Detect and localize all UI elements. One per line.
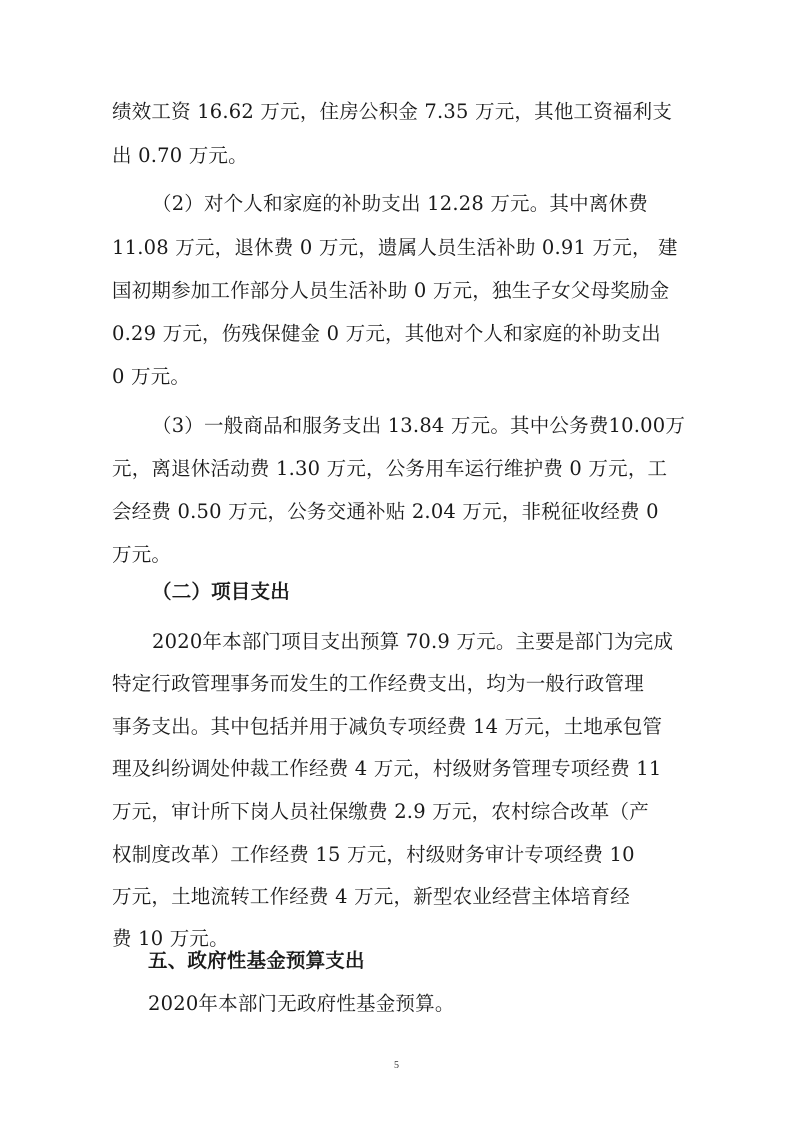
paragraph-line: 事务支出。其中包括并用于减负专项经费 14 万元，土地承包管 xyxy=(112,714,662,740)
paragraph-line: （2）对个人和家庭的补助支出 12.28 万元。其中离休费 xyxy=(152,191,648,217)
paragraph-line: 元，离退休活动费 1.30 万元，公务用车运行维护费 0 万元，工 xyxy=(112,456,667,482)
paragraph-line: 11.08 万元，退休费 0 万元，遗属人员生活补助 0.91 万元， 建 xyxy=(112,235,678,261)
paragraph-line: 会经费 0.50 万元，公务交通补贴 2.04 万元，非税征收经费 0 xyxy=(112,499,659,525)
paragraph-line: 绩效工资 16.62 万元，住房公积金 7.35 万元，其他工资福利支 xyxy=(112,99,672,125)
paragraph-line: 国初期参加工作部分人员生活补助 0 万元，独生子女父母奖励金 xyxy=(112,278,669,304)
paragraph-line: 权制度改革）工作经费 15 万元，村级财务审计专项经费 10 xyxy=(112,842,635,868)
paragraph-line: 万元。 xyxy=(112,542,171,568)
paragraph-line: 万元，土地流转工作经费 4 万元，新型农业经营主体培育经 xyxy=(112,884,630,910)
paragraph-line: （3）一般商品和服务支出 13.84 万元。其中公务费10.00万 xyxy=(152,413,685,439)
section-heading: 五、政府性基金预算支出 xyxy=(148,948,365,974)
paragraph-line: 0 万元。 xyxy=(112,364,190,390)
paragraph-line: 2020年本部门无政府性基金预算。 xyxy=(148,991,455,1017)
section-heading: （二）项目支出 xyxy=(152,579,290,605)
page-number: 5 xyxy=(0,1060,793,1071)
paragraph-line: 万元，审计所下岗人员社保缴费 2.9 万元，农村综合改革（产 xyxy=(112,799,649,825)
paragraph-line: 特定行政管理事务而发生的工作经费支出，均为一般行政管理 xyxy=(112,671,644,697)
paragraph-line: 0.29 万元，伤残保健金 0 万元，其他对个人和家庭的补助支出 xyxy=(112,321,661,347)
paragraph-line: 出 0.70 万元。 xyxy=(112,143,248,169)
paragraph-line: 2020年本部门项目支出预算 70.9 万元。主要是部门为完成 xyxy=(152,629,673,655)
paragraph-line: 理及纠纷调处仲裁工作经费 4 万元，村级财务管理专项经费 11 xyxy=(112,756,662,782)
